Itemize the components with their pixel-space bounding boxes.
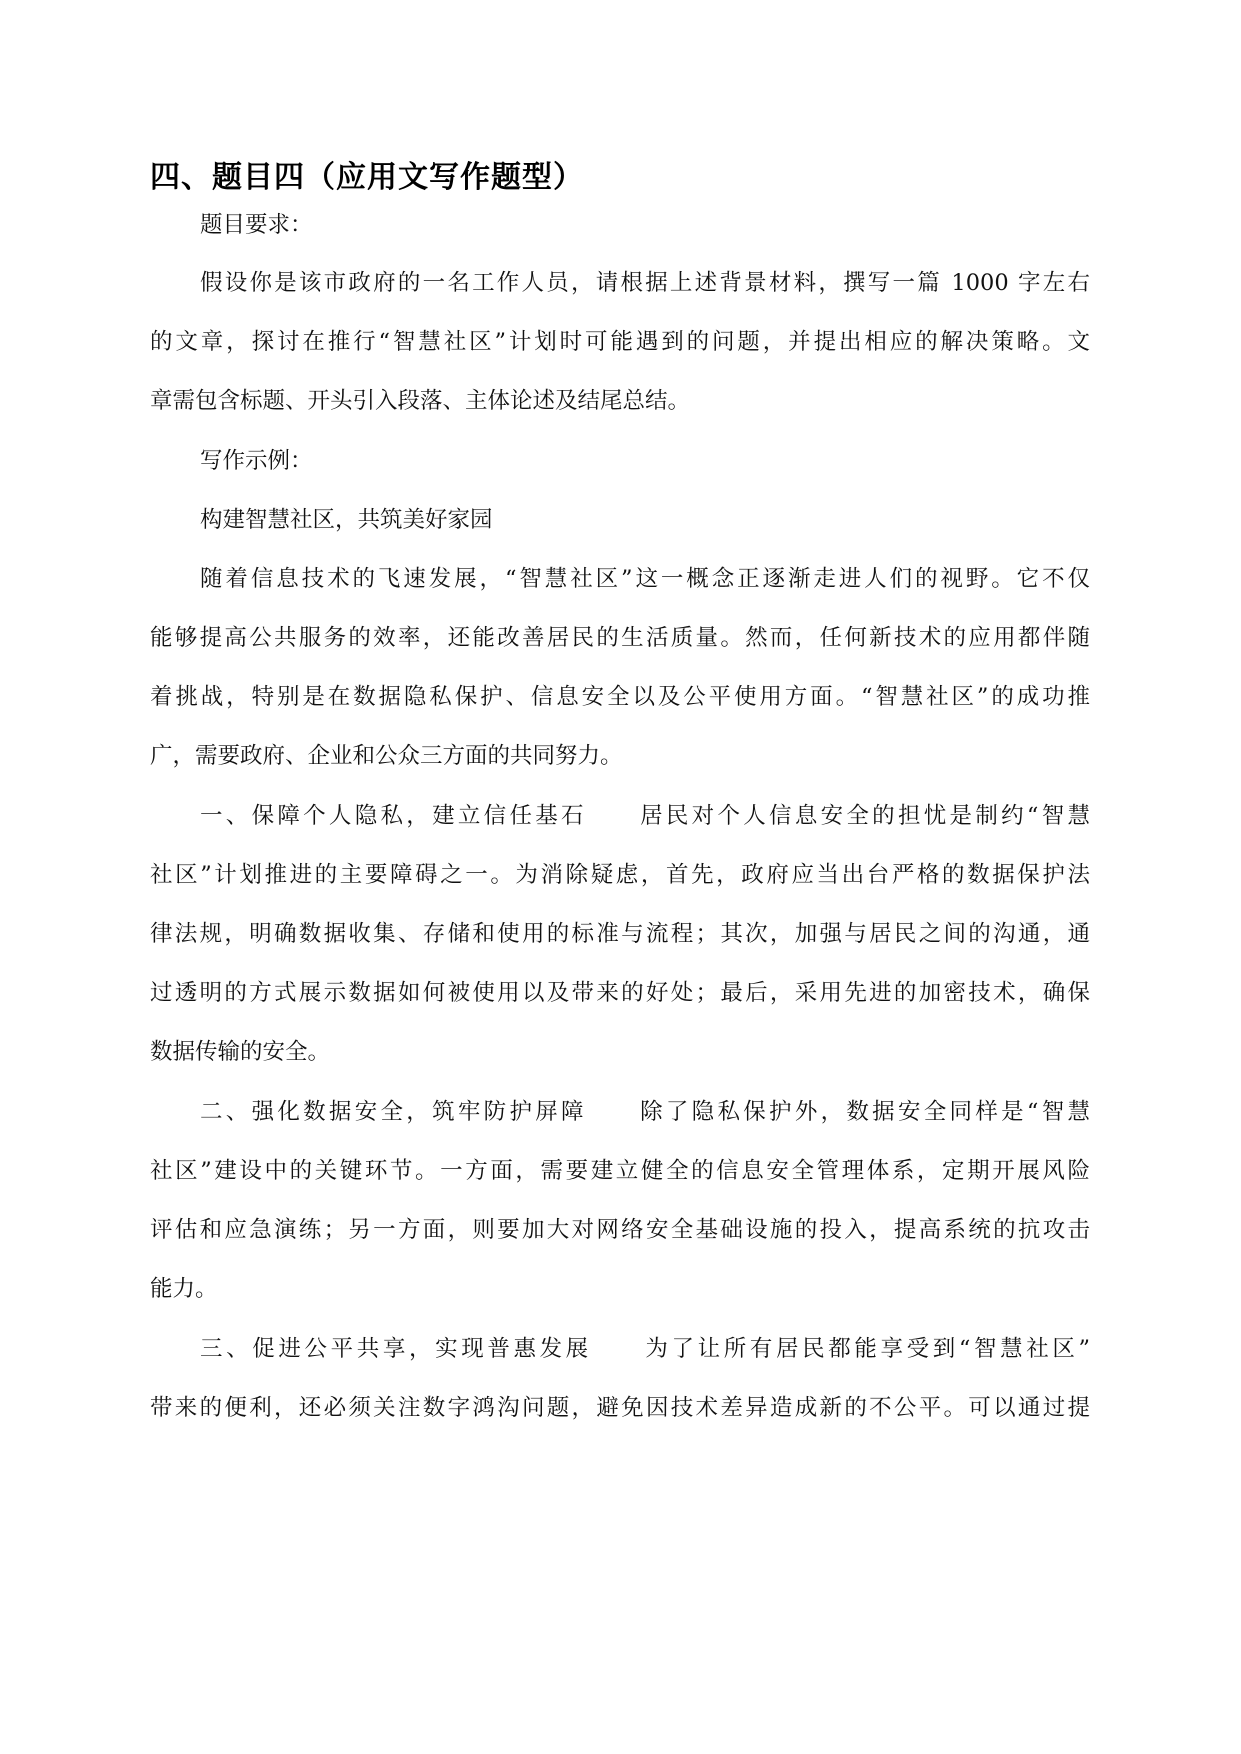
section2-line: 评估和应急演练；另一方面，则要加大对网络安全基础设施的投入，提高系统的抗攻击 <box>150 1215 1090 1245</box>
requirement-line: 章需包含标题、开头引入段落、主体论述及结尾总结。 <box>150 386 1090 416</box>
requirement-label: 题目要求： <box>150 210 1090 240</box>
section-heading: 四、题目四（应用文写作题型） <box>150 152 584 196</box>
requirement-line: 的文章，探讨在推行“智慧社区”计划时可能遇到的问题，并提出相应的解决策略。文 <box>150 327 1090 357</box>
section1-text: 居民对个人信息安全的担忧是制约“智慧 <box>637 803 1090 829</box>
section2-line: 社区”建设中的关键环节。一方面，需要建立健全的信息安全管理体系，定期开展风险 <box>150 1156 1090 1186</box>
intro-line: 广，需要政府、企业和公众三方面的共同努力。 <box>150 741 1090 771</box>
section1-first-line: 一、保障个人隐私，建立信任基石居民对个人信息安全的担忧是制约“智慧 <box>150 801 1090 831</box>
intro-line: 随着信息技术的飞速发展，“智慧社区”这一概念正逐渐走进人们的视野。它不仅 <box>150 564 1090 594</box>
essay-title: 构建智慧社区，共筑美好家园 <box>150 505 1090 535</box>
section2-line: 能力。 <box>150 1274 1090 1304</box>
intro-line: 能够提高公共服务的效率，还能改善居民的生活质量。然而，任何新技术的应用都伴随 <box>150 623 1090 653</box>
section1-line: 过透明的方式展示数据如何被使用以及带来的好处；最后，采用先进的加密技术，确保 <box>150 978 1090 1008</box>
section3-line: 带来的便利，还必须关注数字鸿沟问题，避免因技术差异造成新的不公平。可以通过提 <box>150 1393 1090 1423</box>
section3-heading: 三、促进公平共享，实现普惠发展 <box>200 1336 592 1362</box>
section1-line: 社区”计划推进的主要障碍之一。为消除疑虑，首先，政府应当出台严格的数据保护法 <box>150 860 1090 890</box>
section3-first-line: 三、促进公平共享，实现普惠发展为了让所有居民都能享受到“智慧社区” <box>150 1334 1090 1364</box>
section3-text: 为了让所有居民都能享受到“智慧社区” <box>642 1336 1090 1362</box>
section2-first-line: 二、强化数据安全，筑牢防护屏障除了隐私保护外，数据安全同样是“智慧 <box>150 1097 1090 1127</box>
section1-heading: 一、保障个人隐私，建立信任基石 <box>200 803 587 829</box>
intro-line: 着挑战，特别是在数据隐私保护、信息安全以及公平使用方面。“智慧社区”的成功推 <box>150 682 1090 712</box>
example-label: 写作示例： <box>150 446 1090 476</box>
section1-line: 数据传输的安全。 <box>150 1037 1090 1067</box>
section1-line: 律法规，明确数据收集、存储和使用的标准与流程；其次，加强与居民之间的沟通，通 <box>150 919 1090 949</box>
section2-heading: 二、强化数据安全，筑牢防护屏障 <box>200 1099 587 1125</box>
requirement-line: 假设你是该市政府的一名工作人员，请根据上述背景材料，撰写一篇 1000 字左右 <box>150 268 1090 298</box>
section2-text: 除了隐私保护外，数据安全同样是“智慧 <box>637 1099 1090 1125</box>
